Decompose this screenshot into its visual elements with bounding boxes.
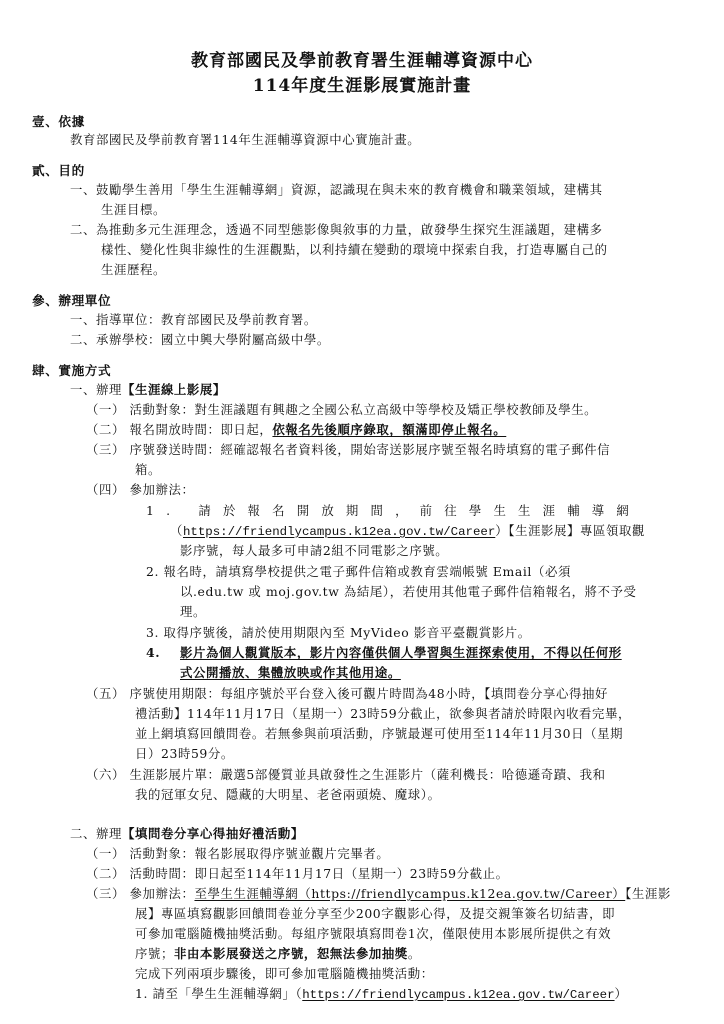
career-link-2[interactable]: https://friendlycampus.k12ea.gov.tw/Care… xyxy=(302,988,614,1002)
purpose-item2-line1: 二、為推動多元生涯理念，透過不同型態影像與敘事的力量，啟發學生探究生涯議題，建構… xyxy=(70,222,603,238)
part1-step1-line3: 影序號，每人最多可申請2組不同電影之序號。 xyxy=(180,543,448,559)
part2-heading: 二、辦理【填問卷分享心得抽好禮活動】 xyxy=(70,826,304,842)
part2-prefix: 二、辦理 xyxy=(70,826,122,841)
part2-step1: 1. 請至「學生生涯輔導網」（https://friendlycampus.k1… xyxy=(135,986,628,1003)
part1-item2-registration: （二） 報名開放時間：即日起，依報名先後順序錄取，額滿即停止報名。 xyxy=(86,422,506,438)
part1-item1-target: （一） 活動對象：對生涯議題有興趣之全國公私立高級中等學校及矯正學校教師及學生。 xyxy=(86,402,597,418)
paren-open: （ xyxy=(170,523,183,538)
career-link[interactable]: https://friendlycampus.k12ea.gov.tw/Care… xyxy=(183,525,495,539)
line4-emphasis: 非由本影展發送之序號，恕無法參加抽獎 xyxy=(174,946,408,961)
section-heading-purpose: 貳、目的 xyxy=(32,163,85,179)
part1-item6-line1: （六） 生涯影展片單：嚴選5部優質並具啟發性之生涯影片（薩利機長：哈德遜奇蹟、我… xyxy=(86,767,606,783)
part2-step1-post: ） xyxy=(615,986,628,1001)
purpose-item2-line2: 樣性、變化性與非線性的生涯觀點，以利持續在變動的環境中探索自我，打造專屬自己的 xyxy=(101,242,608,258)
part1-item5-line3: 並上網填寫回饋問卷。若無參與前項活動，序號最遲可使用至114年11月30日（星期 xyxy=(135,726,623,742)
part1-item3-line2: 箱。 xyxy=(135,462,161,478)
part1-item5-line4: 日）23時59分。 xyxy=(135,746,234,762)
part2-item1-target: （一） 活動對象：報名影展取得序號並觀片完畢者。 xyxy=(86,846,389,862)
part2-item3-line1: （三） 參加辦法：至學生生涯輔導網（https://friendlycampus… xyxy=(86,886,671,902)
document-title-line1: 教育部國民及學前教育署生涯輔導資源中心 xyxy=(0,46,724,71)
part2-label: 【填問卷分享心得抽好禮活動】 xyxy=(122,826,304,841)
part1-item3-line1: （三） 序號發送時間：經確認報名者資料後，開始寄送影展序號至報名時填寫的電子郵件… xyxy=(86,442,610,458)
part1-label: 【生涯線上影展】 xyxy=(122,382,226,397)
part1-item2-prefix: （二） 報名開放時間：即日起， xyxy=(86,422,272,437)
part2-item2-period: （二） 活動時間：即日起至114年11月17日（星期一）23時59分截止。 xyxy=(86,866,509,882)
section-heading-organizers: 參、辦理單位 xyxy=(32,293,111,309)
organizer-supervisor: 一、指導單位：教育部國民及學前教育署。 xyxy=(70,312,317,328)
career-site-link[interactable]: 至學生生涯輔導網（https://friendlycampus.k12ea.go… xyxy=(194,886,625,901)
part2-item3-post: 【生涯影 xyxy=(625,886,671,901)
purpose-item1-line2: 生涯目標。 xyxy=(101,202,166,218)
section-heading-implementation: 肆、實施方式 xyxy=(32,363,111,379)
part1-item2-emphasis: 依報名先後順序錄取，額滿即停止報名。 xyxy=(272,422,506,437)
part1-step1-line2: （https://friendlycampus.k12ea.gov.tw/Car… xyxy=(170,523,645,540)
part1-heading: 一、辦理【生涯線上影展】 xyxy=(70,382,226,398)
part2-item3-line3: 可參加電腦隨機抽獎活動。每組序號限填寫問卷1次，僅限使用本影展所提供之有效 xyxy=(135,926,611,942)
part2-item3-line2: 展】專區填寫觀影回饋問卷並分享至少200字觀影心得，及提交親筆簽名切結書，即 xyxy=(135,906,615,922)
organizer-host-school: 二、承辦學校：國立中興大學附屬高級中學。 xyxy=(70,332,330,348)
part1-step4-line2: 式公開播放、集體放映或作其他用途。 xyxy=(180,665,401,681)
purpose-item2-line3: 生涯歷程。 xyxy=(101,262,166,278)
part1-step4-line1: 影片為個人觀賞版本，影片內容僅供個人學習與生涯探索使用，不得以任何形 xyxy=(180,645,622,661)
line4-post: 。 xyxy=(408,946,421,961)
part2-item3-line5: 完成下列兩項步驟後，即可參加電腦隨機抽獎活動： xyxy=(135,966,434,982)
part2-item3-prefix: （三） 參加辦法： xyxy=(86,886,194,901)
document-page: 教育部國民及學前教育署生涯輔導資源中心 114年度生涯影展實施計畫 壹、依據 教… xyxy=(0,0,724,1024)
part1-step2-line2: 以.edu.tw 或 moj.gov.tw 為結尾），若使用其他電子郵件信箱報名… xyxy=(180,584,637,600)
line4-pre: 序號； xyxy=(135,946,174,961)
part1-item5-line1: （五） 序號使用期限：每組序號於平台登入後可觀片時間為48小時，【填問卷分享心得… xyxy=(86,686,608,702)
step1-line2-post: ）【生涯影展】專區領取觀 xyxy=(495,523,645,538)
document-title-line2: 114年度生涯影展實施計畫 xyxy=(0,71,724,96)
part2-item3-line4: 序號；非由本影展發送之序號，恕無法參加抽獎。 xyxy=(135,946,421,962)
part1-prefix: 一、辦理 xyxy=(70,382,122,397)
part1-step1-line1: 1. 請於報名開放期間，前往學生生涯輔導網 xyxy=(146,503,641,519)
part1-item4-heading: （四） 參加辦法： xyxy=(86,482,194,498)
section-basis-body: 教育部國民及學前教育署114年生涯輔導資源中心實施計畫。 xyxy=(70,132,420,148)
part1-step2-line1: 2. 報名時，請填寫學校提供之電子郵件信箱或教育雲端帳號 Email（必須 xyxy=(146,564,571,580)
part1-item6-line2: 我的冠軍女兒、隱藏的大明星、老爸兩頭燒、魔球）。 xyxy=(135,787,441,803)
part1-step2-line3: 理。 xyxy=(180,604,206,620)
part1-step4-number: 4. xyxy=(146,645,160,661)
part1-item5-line2: 禮活動】114年11月17日（星期一）23時59分截止，欲參與者請於時限內收看完… xyxy=(135,706,631,722)
part1-step3: 3. 取得序號後，請於使用期限內至 MyVideo 影音平臺觀賞影片。 xyxy=(146,625,531,641)
section-heading-basis: 壹、依據 xyxy=(32,114,85,130)
part2-step1-pre: 1. 請至「學生生涯輔導網」（ xyxy=(135,986,302,1001)
purpose-item1-line1: 一、鼓勵學生善用「學生生涯輔導網」資源，認識現在與未來的教育機會和職業領域，建構… xyxy=(70,182,603,198)
